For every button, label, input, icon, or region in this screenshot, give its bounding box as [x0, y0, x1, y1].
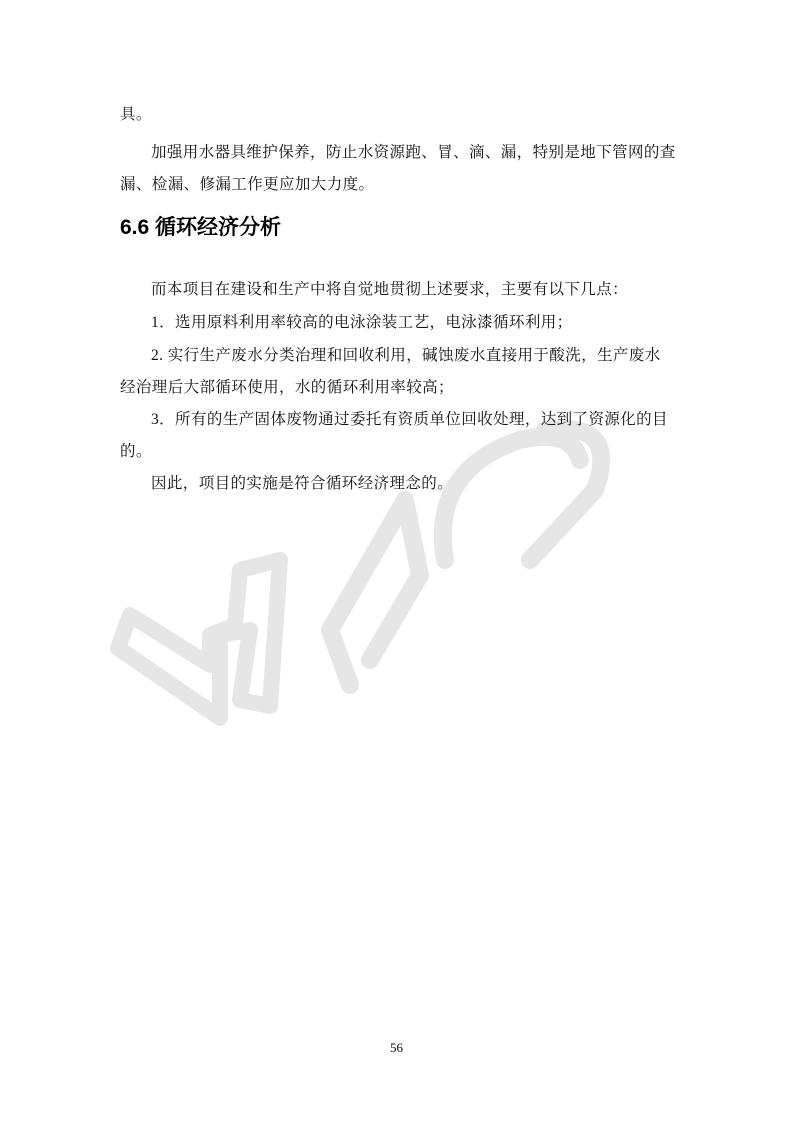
list-item-3-line-1: 3．所有的生产固体废物通过委托有资质单位回收处理，达到了资源化的目 — [151, 410, 668, 430]
section-conclusion: 因此，项目的实施是符合循环经济理念的。 — [151, 474, 453, 494]
section-intro: 而本项目在建设和生产中将自觉地贯彻上述要求，主要有以下几点： — [151, 280, 628, 300]
list-item-3-line-2: 的。 — [120, 442, 152, 462]
document-page: 具。 加强用水器具维护保养，防止水资源跑、冒、滴、漏，特别是地下管网的查 漏、检… — [0, 0, 793, 1122]
paragraph-continuation: 具。 — [120, 105, 152, 125]
list-item-2-line-1: 2. 实行生产废水分类治理和回收利用，碱蚀废水直接用于酸洗，生产废水 — [151, 346, 661, 366]
page-number: 56 — [0, 1040, 793, 1056]
section-heading: 6.6 循环经济分析 — [120, 215, 281, 241]
wps-watermark-icon — [100, 400, 640, 740]
paragraph-water-maintenance-line-1: 加强用水器具维护保养，防止水资源跑、冒、滴、漏，特别是地下管网的查 — [151, 143, 676, 163]
list-item-1: 1．选用原料利用率较高的电泳涂装工艺，电泳漆循环利用； — [151, 313, 573, 333]
paragraph-water-maintenance-line-2: 漏、检漏、修漏工作更应加大力度。 — [120, 175, 374, 195]
list-item-2-line-2: 经治理后大部循环使用，水的循环利用率较高； — [120, 378, 454, 398]
